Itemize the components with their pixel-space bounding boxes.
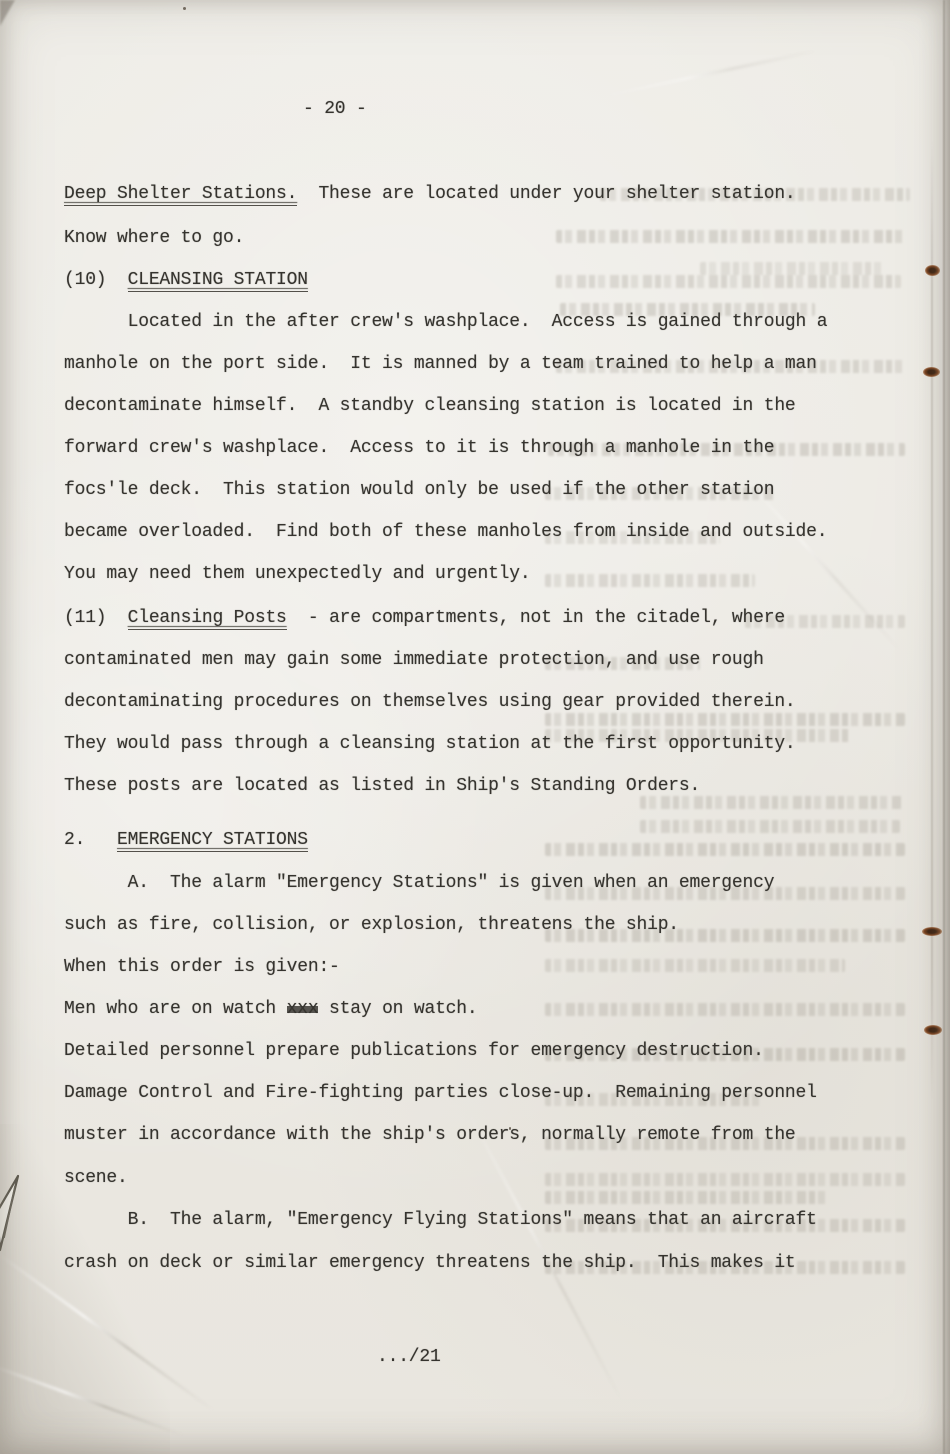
bleed-through-line bbox=[640, 820, 900, 833]
text-segment: They would pass through a cleansing stat… bbox=[64, 734, 796, 754]
rust-staple-mark bbox=[924, 1025, 942, 1035]
bleed-through-line bbox=[545, 574, 755, 587]
text-line: scene. bbox=[64, 1167, 128, 1189]
bleed-through-line bbox=[556, 275, 901, 288]
text-segment: such as fire, collision, or explosion, t… bbox=[64, 915, 679, 935]
vertical-crease bbox=[931, 140, 933, 1100]
text-segment: - are compartments, not in the citadel, … bbox=[287, 608, 785, 628]
scanned-document-page: - 20 - Deep Shelter Stations. These are … bbox=[0, 0, 950, 1454]
text-line: These posts are located as listed in Shi… bbox=[64, 775, 700, 797]
text-segment: forward crew's washplace. Access to it i… bbox=[64, 438, 774, 458]
text-line: such as fire, collision, or explosion, t… bbox=[64, 914, 679, 936]
page-number: - 20 - bbox=[303, 99, 367, 119]
text-line: muster in accordance with the ship's ord… bbox=[64, 1124, 796, 1146]
text-segment: crash on deck or similar emergency threa… bbox=[64, 1253, 796, 1273]
text-line: Men who are on watch xxx stay on watch. bbox=[64, 998, 477, 1020]
dust-speck bbox=[183, 7, 186, 10]
text-line: (10) CLEANSING STATION bbox=[64, 269, 308, 291]
crease-line bbox=[602, 49, 818, 98]
text-line: (11) Cleansing Posts - are compartments,… bbox=[64, 607, 785, 629]
text-segment: focs'le deck. This station would only be… bbox=[64, 480, 774, 500]
bleed-through-line bbox=[545, 1173, 905, 1186]
text-segment: (10) bbox=[64, 270, 128, 290]
text-line: Know where to go. bbox=[64, 227, 244, 249]
text-line: manhole on the port side. It is manned b… bbox=[64, 353, 817, 375]
text-line: decontaminate himself. A standby cleansi… bbox=[64, 395, 796, 417]
text-segment: When this order is given:- bbox=[64, 957, 340, 977]
bleed-through-line bbox=[700, 262, 885, 275]
bleed-through-line bbox=[640, 796, 902, 809]
text-segment: contaminated men may gain some immediate… bbox=[64, 650, 764, 670]
underlined-heading: Deep Shelter Stations. bbox=[64, 184, 297, 206]
text-segment: Men who are on watch bbox=[64, 999, 287, 1019]
text-line: Located in the after crew's washplace. A… bbox=[64, 311, 827, 333]
text-line: decontaminating procedures on themselves… bbox=[64, 691, 796, 713]
page-right-edge-line bbox=[943, 0, 945, 1454]
underlined-heading: EMERGENCY STATIONS bbox=[117, 830, 308, 852]
text-segment: Know where to go. bbox=[64, 228, 244, 248]
text-line: became overloaded. Find both of these ma… bbox=[64, 521, 827, 543]
text-segment: A. The alarm "Emergency Stations" is giv… bbox=[64, 873, 774, 893]
bleed-through-line bbox=[545, 713, 905, 726]
rust-staple-mark bbox=[925, 265, 940, 276]
text-line: They would pass through a cleansing stat… bbox=[64, 733, 796, 755]
text-line: contaminated men may gain some immediate… bbox=[64, 649, 764, 671]
page-continuation-marker: .../21 bbox=[377, 1347, 441, 1367]
text-line: A. The alarm "Emergency Stations" is giv… bbox=[64, 872, 774, 894]
text-line: 2. EMERGENCY STATIONS bbox=[64, 829, 308, 851]
text-line: When this order is given:- bbox=[64, 956, 340, 978]
text-line: crash on deck or similar emergency threa… bbox=[64, 1252, 796, 1274]
rust-staple-mark bbox=[922, 927, 942, 936]
text-line: B. The alarm, "Emergency Flying Stations… bbox=[64, 1209, 817, 1231]
underlined-heading: Cleansing Posts bbox=[128, 608, 287, 630]
crease-line bbox=[0, 1251, 215, 1412]
text-line: You may need them unexpectedly and urgen… bbox=[64, 563, 530, 585]
text-segment: stay on watch. bbox=[318, 999, 477, 1019]
text-segment: 2. bbox=[64, 830, 117, 850]
text-segment: became overloaded. Find both of these ma… bbox=[64, 522, 827, 542]
text-line: forward crew's washplace. Access to it i… bbox=[64, 437, 774, 459]
text-line: focs'le deck. This station would only be… bbox=[64, 479, 774, 501]
struck-out-text: xxx bbox=[287, 999, 319, 1019]
text-segment: These are located under your shelter sta… bbox=[297, 184, 795, 204]
text-line: Damage Control and Fire-fighting parties… bbox=[64, 1082, 817, 1104]
text-segment: Located in the after crew's washplace. A… bbox=[64, 312, 827, 332]
bleed-through-line bbox=[556, 230, 906, 243]
text-segment: You may need them unexpectedly and urgen… bbox=[64, 564, 530, 584]
text-segment: These posts are located as listed in Shi… bbox=[64, 776, 700, 796]
text-segment: B. The alarm, "Emergency Flying Stations… bbox=[64, 1210, 817, 1230]
text-segment: Damage Control and Fire-fighting parties… bbox=[64, 1083, 817, 1103]
text-segment: decontaminate himself. A standby cleansi… bbox=[64, 396, 796, 416]
text-line: Detailed personnel prepare publications … bbox=[64, 1040, 764, 1062]
text-segment: manhole on the port side. It is manned b… bbox=[64, 354, 817, 374]
text-segment: muster in accordance with the ship's ord… bbox=[64, 1125, 796, 1145]
rust-staple-mark bbox=[923, 367, 940, 377]
text-segment: decontaminating procedures on themselves… bbox=[64, 692, 796, 712]
bleed-through-line bbox=[545, 1003, 905, 1016]
crease-line bbox=[0, 1362, 184, 1437]
paper-clip-mark bbox=[0, 1154, 39, 1266]
text-segment: scene. bbox=[64, 1168, 128, 1188]
bleed-through-line bbox=[545, 1191, 830, 1204]
underlined-heading: CLEANSING STATION bbox=[128, 270, 308, 292]
text-segment: (11) bbox=[64, 608, 128, 628]
bleed-through-line bbox=[545, 843, 905, 856]
text-segment: Detailed personnel prepare publications … bbox=[64, 1041, 764, 1061]
bleed-through-line bbox=[545, 959, 845, 972]
text-line: Deep Shelter Stations. These are located… bbox=[64, 183, 796, 205]
scan-corner-shadow bbox=[0, 0, 15, 26]
